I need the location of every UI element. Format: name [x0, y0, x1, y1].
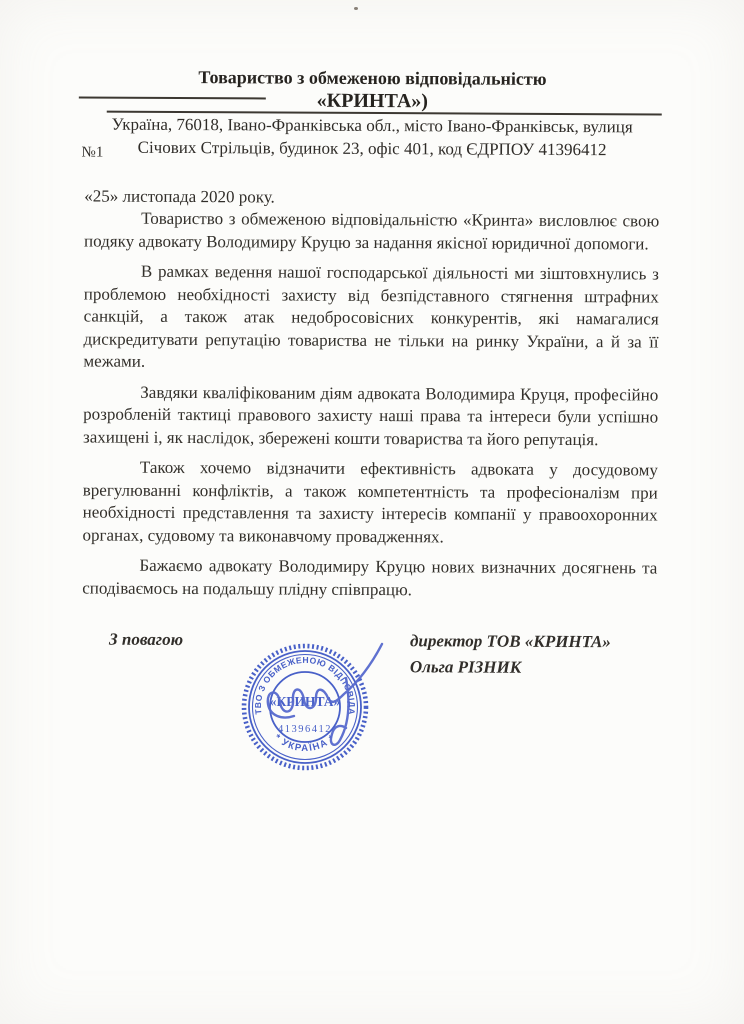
paragraph-3: Завдяки кваліфікованим діям адвоката Вол…	[83, 381, 658, 452]
signatory-title: директор ТОВ «КРИНТА»	[410, 631, 657, 652]
address-line-1: Україна, 76018, Івано-Франківська обл., …	[85, 112, 660, 138]
date-line: «25» листопада 2020 року.	[84, 184, 659, 210]
header-left-rule	[79, 96, 266, 99]
letter-body: Товариство з обмеженою відповідальністю …	[82, 207, 659, 602]
address-line-2: Січових Стрільців, будинок 23, офіс 401,…	[85, 135, 660, 161]
stamp-code: 41396412	[278, 724, 332, 735]
company-type-line: Товариство з обмеженою відповідальністю	[85, 64, 660, 91]
letter-content: Товариство з обмеженою відповідальністю …	[82, 64, 660, 678]
stamp-country-text: * УКРАЇНА *	[272, 732, 338, 754]
paragraph-1: Товариство з обмеженою відповідальністю …	[84, 207, 659, 255]
paragraph-2: В рамках ведення нашої господарської дія…	[83, 260, 659, 376]
company-name-line: «КРИНТА»)	[85, 88, 660, 113]
closing-phrase: З повагою	[109, 630, 183, 650]
scanned-letter-page: Товариство з обмеженою відповідальністю …	[0, 0, 744, 1024]
company-stamp: ТОВАРИСТВО З ОБМЕЖЕНОЮ ВІДПОВІДАЛЬНІСТЮ …	[220, 622, 390, 792]
company-name: «КРИНТА»)	[317, 90, 428, 113]
paragraph-4: Також хочемо відзначити ефективність адв…	[82, 456, 657, 549]
paragraph-5: Бажаємо адвокату Володимиру Круцю нових …	[82, 554, 657, 602]
company-address: Україна, 76018, Івано-Франківська обл., …	[85, 112, 660, 161]
document-number: №1	[81, 144, 103, 161]
signatory: директор ТОВ «КРИНТА» Ольга РІЗНИК	[410, 631, 657, 678]
signatory-name: Ольга РІЗНИК	[410, 657, 657, 678]
scan-speck	[354, 7, 358, 10]
